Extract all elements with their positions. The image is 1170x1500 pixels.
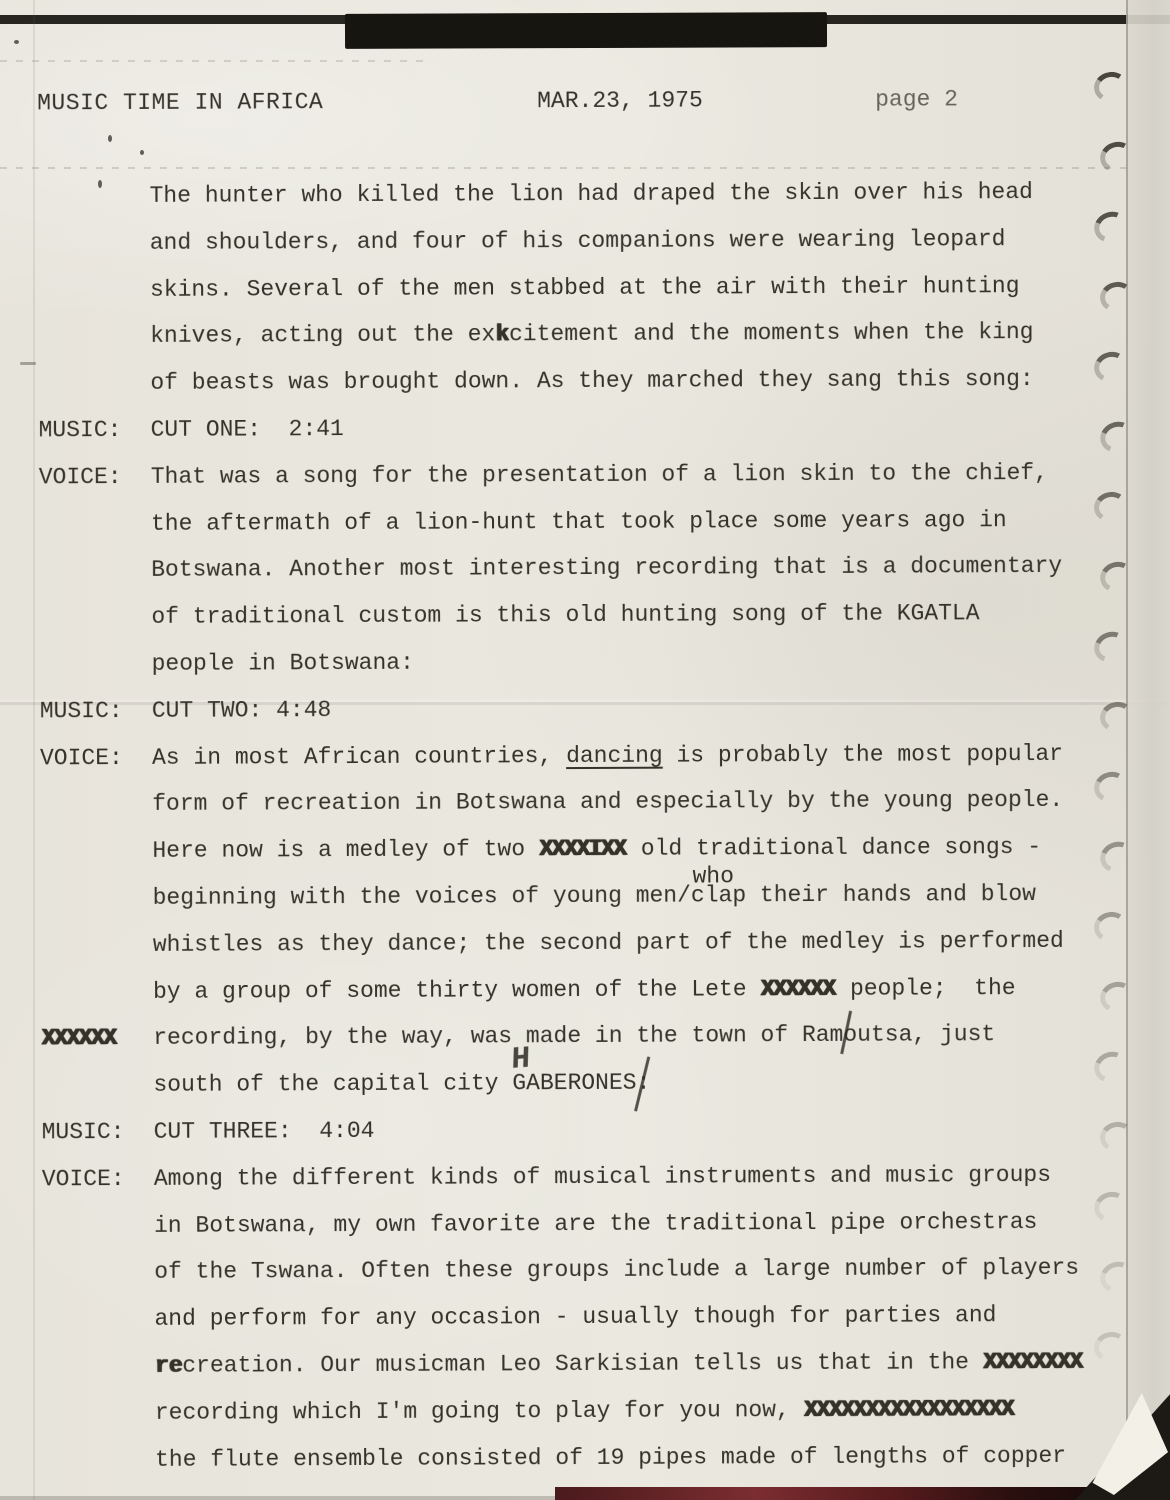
script-line: people in Botswana: (0, 647, 1130, 652)
typed-strikeout: XXXXXX (760, 976, 836, 1002)
script-line: skins. Several of the men stabbed at the… (0, 272, 1128, 277)
script-line: Here now is a medley of two XXXXIXX old … (0, 834, 1130, 839)
scan-bottom-maroon-strip (555, 1487, 1125, 1500)
typed-strikeout: XXXXIXX (539, 836, 627, 862)
script-text: by a group of some thirty women of the L… (153, 975, 1016, 1005)
text-segment: of traditional custom is this old huntin… (151, 600, 979, 630)
script-text: of traditional custom is this old huntin… (151, 600, 979, 630)
text-segment: citement and the moments when the king (509, 319, 1034, 347)
script-text: the aftermath of a lion-hunt that took p… (151, 507, 1007, 537)
script-line: XXXXXXrecording, by the way, was made in… (1, 1021, 1131, 1026)
script-text: in Botswana, my own favorite are the tra… (154, 1209, 1037, 1239)
speaker-label: MUSIC: (42, 1119, 125, 1145)
scanned-typewriter-page: MUSIC TIME IN AFRICA MAR.23, 1975 page 2… (0, 0, 1170, 1500)
speaker-label: VOICE: (42, 1166, 125, 1192)
script-line: by a group of some thirty women of the L… (1, 974, 1131, 979)
script-line: the flute ensemble consisted of 19 pipes… (3, 1442, 1133, 1447)
text-segment: re (155, 1353, 183, 1379)
script-text: Among the different kinds of musical ins… (154, 1162, 1051, 1192)
script-text: beginning with the voices of young men/c… (153, 881, 1036, 911)
text-segment: form of recreation in Botswana and espec… (152, 787, 1063, 817)
script-text: of beasts was brought down. As they marc… (150, 366, 1033, 396)
text-segment: creation. Our musicman Leo Sarkisian tel… (182, 1349, 983, 1378)
script-text: form of recreation in Botswana and espec… (152, 787, 1063, 817)
script-line: of the Tswana. Often these groups includ… (2, 1255, 1132, 1260)
text-segment: south of the capital city GABERONES: (153, 1070, 650, 1098)
text-segment: CUT ONE: 2:41 (151, 416, 344, 443)
script-text: As in most African countries, dancing is… (152, 741, 1063, 771)
script-text: CUT TWO: 4:48 (152, 697, 332, 724)
typed-strikeout: XXXXXXXXXXXXXXXXX (804, 1396, 1015, 1423)
text-segment: As in most African countries, (152, 743, 566, 771)
script-text: skins. Several of the men stabbed at the… (150, 273, 1020, 303)
speaker-label: VOICE: (40, 745, 123, 771)
script-line: beginning with the voices of young men/c… (1, 881, 1131, 886)
script-line: MUSIC:CUT THREE: 4:04 (2, 1115, 1132, 1120)
text-segment: people; the (836, 975, 1016, 1002)
typed-insertion: who (692, 863, 734, 889)
script-line: and perform for any occasion - usually t… (2, 1302, 1132, 1307)
script-line: form of recreation in Botswana and espec… (0, 787, 1130, 792)
handwritten-insertion: H (511, 1042, 531, 1078)
script-line: VOICE:As in most African countries, danc… (0, 740, 1130, 745)
text-segment: is probably the most popular (663, 741, 1063, 769)
script-body: The hunter who killed the lion had drape… (0, 0, 1170, 1500)
script-line: the aftermath of a lion-hunt that took p… (0, 506, 1129, 511)
text-segment: That was a song for the presentation of … (151, 460, 1048, 490)
text-segment: Among the different kinds of musical ins… (154, 1162, 1051, 1192)
margin-strikeout: XXXXXX (41, 1025, 117, 1051)
text-segment: old traditional dance songs - (627, 834, 1041, 862)
speaker-label: MUSIC: (40, 698, 123, 724)
script-text: CUT ONE: 2:41 (151, 416, 344, 443)
script-text: Botswana. Another most interesting recor… (151, 553, 1062, 583)
script-text: recording which I'm going to play for yo… (155, 1396, 1015, 1426)
script-line: The hunter who killed the lion had drape… (0, 179, 1128, 184)
speaker-label: VOICE: (39, 464, 122, 490)
typewritten-content: MUSIC TIME IN AFRICA MAR.23, 1975 page 2… (0, 0, 1170, 1500)
script-text: people in Botswana: (152, 650, 414, 677)
script-text: That was a song for the presentation of … (151, 460, 1048, 490)
text-segment: knives, acting out the ex (150, 322, 495, 350)
script-line: recreation. Our musicman Leo Sarkisian t… (3, 1349, 1133, 1354)
text-segment: and perform for any occasion - usually t… (154, 1302, 996, 1332)
script-line: MUSIC:CUT TWO: 4:48 (0, 693, 1130, 698)
text-segment: people in Botswana: (152, 650, 414, 677)
text-segment: the aftermath of a lion-hunt that took p… (151, 507, 1007, 537)
text-segment: skins. Several of the men stabbed at the… (150, 273, 1020, 303)
script-line: VOICE:Among the different kinds of music… (2, 1161, 1132, 1166)
text-segment: by a group of some thirty women of the L… (153, 976, 760, 1005)
script-line: recording which I'm going to play for yo… (3, 1395, 1133, 1400)
script-line: of beasts was brought down. As they marc… (0, 366, 1128, 371)
script-line: whistles as they dance; the second part … (1, 927, 1131, 932)
typed-strikeout: XXXXXXXX (983, 1349, 1084, 1375)
text-segment: and shoulders, and four of his companion… (150, 226, 1006, 256)
text-segment: in Botswana, my own favorite are the tra… (154, 1209, 1037, 1239)
script-text: south of the capital city GABERONES: (153, 1070, 650, 1098)
text-segment: beginning with the voices of young men/c… (153, 881, 1036, 911)
text-segment: The hunter who killed the lion had drape… (150, 179, 1033, 209)
text-segment: of the Tswana. Often these groups includ… (154, 1255, 1079, 1285)
text-segment: Botswana. Another most interesting recor… (151, 553, 1062, 583)
script-line: Botswana. Another most interesting recor… (0, 553, 1129, 558)
script-text: CUT THREE: 4:04 (154, 1118, 375, 1145)
script-text: whistles as they dance; the second part … (153, 928, 1064, 958)
script-line: of traditional custom is this old huntin… (0, 600, 1129, 605)
script-text: recording, by the way, was made in the t… (153, 1022, 995, 1052)
text-segment: CUT TWO: 4:48 (152, 697, 332, 724)
underlined-word: dancing (566, 742, 663, 768)
script-text: the flute ensemble consisted of 19 pipes… (155, 1443, 1066, 1473)
text-segment: of beasts was brought down. As they marc… (150, 366, 1033, 396)
script-line: MUSIC:CUT ONE: 2:41 (0, 413, 1129, 418)
text-segment: the flute ensemble consisted of 19 pipes… (155, 1443, 1066, 1473)
text-segment: recording, by the way, was made in the t… (153, 1022, 995, 1052)
text-segment: whistles as they dance; the second part … (153, 928, 1064, 958)
speaker-label: MUSIC: (39, 417, 122, 443)
script-text: and perform for any occasion - usually t… (154, 1302, 996, 1332)
script-line: and shoulders, and four of his companion… (0, 225, 1128, 230)
script-text: recreation. Our musicman Leo Sarkisian t… (155, 1349, 1084, 1379)
script-line: knives, acting out the exkcitement and t… (0, 319, 1128, 324)
script-line: south of the capital city GABERONES: (1, 1068, 1131, 1073)
script-text: of the Tswana. Often these groups includ… (154, 1255, 1079, 1285)
text-segment: CUT THREE: 4:04 (154, 1118, 375, 1145)
script-text: Here now is a medley of two XXXXIXX old … (152, 834, 1041, 864)
text-segment: k (495, 322, 509, 348)
script-line: VOICE:That was a song for the presentati… (0, 459, 1129, 464)
text-segment: recording which I'm going to play for yo… (155, 1397, 804, 1426)
script-text: and shoulders, and four of his companion… (150, 226, 1006, 256)
script-line: in Botswana, my own favorite are the tra… (2, 1208, 1132, 1213)
script-text: knives, acting out the exkcitement and t… (150, 319, 1033, 349)
script-text: The hunter who killed the lion had drape… (150, 179, 1033, 209)
text-segment: Here now is a medley of two (152, 836, 539, 864)
